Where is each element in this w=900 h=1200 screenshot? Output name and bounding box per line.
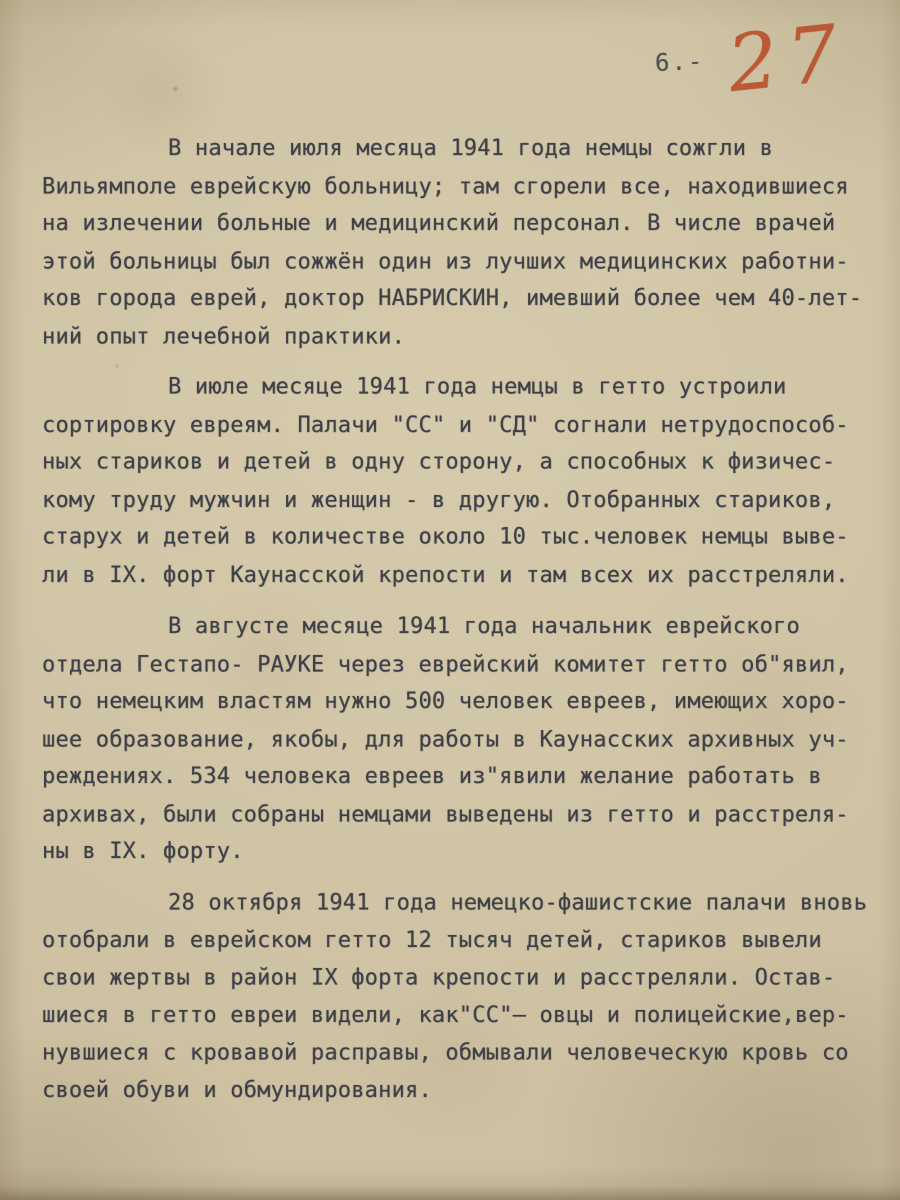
text-line: архивах, были собраны немцами выведены и…	[42, 796, 887, 834]
paragraph-2: В июле месяце 1941 года немцы в гетто ус…	[42, 369, 887, 594]
text-line: отдела Гестапо- РАУКЕ через еврейский ко…	[42, 646, 887, 684]
typed-page-number: 6.-	[655, 47, 705, 77]
paragraph-4: 28 октября 1941 года немецко-фашистские …	[42, 885, 887, 1110]
document-body: В начале июля месяца 1941 года немцы сож…	[42, 130, 887, 1124]
text-line: ний опыт лечебной практики.	[42, 318, 887, 356]
text-line: В августе месяце 1941 года начальник евр…	[42, 608, 887, 646]
text-line: своей обуви и обмундирования.	[42, 1072, 887, 1110]
text-line: этой больницы был сожжён один из лучших …	[42, 243, 887, 281]
text-line: что немецким властям нужно 500 человек е…	[42, 683, 887, 721]
text-line: старух и детей в количестве около 10 тыс…	[42, 519, 887, 557]
paragraph-3: В августе месяце 1941 года начальник евр…	[42, 608, 887, 871]
text-line: нувшиеся с кровавой расправы, обмывали ч…	[42, 1034, 887, 1072]
text-line: ков города еврей, доктор НАБРИСКИН, имев…	[42, 280, 887, 318]
text-line: Вильямполе еврейскую больницу; там сгоре…	[42, 168, 887, 206]
text-line: В начале июля месяца 1941 года немцы сож…	[42, 130, 887, 168]
text-line: реждениях. 534 человека евреев из"явили …	[42, 758, 887, 796]
paragraph-1: В начале июля месяца 1941 года немцы сож…	[42, 130, 887, 355]
text-line: шиеся в гетто евреи видели, как"СС"— овц…	[42, 997, 887, 1035]
text-line: ли в IX. форт Каунасской крепости и там …	[42, 557, 887, 595]
text-line: ных стариков и детей в одну сторону, а с…	[42, 444, 887, 482]
text-line: отобрали в еврейском гетто 12 тысяч дете…	[42, 922, 887, 960]
text-line: ны в IX. форту.	[42, 833, 887, 871]
text-line: 28 октября 1941 года немецко-фашистские …	[42, 884, 887, 922]
handwritten-page-number: 27	[724, 8, 852, 110]
text-line: сортировку евреям. Палачи "СС" и "СД" со…	[42, 407, 887, 445]
text-line: шее образование, якобы, для работы в Кау…	[42, 721, 887, 759]
text-line: В июле месяце 1941 года немцы в гетто ус…	[42, 369, 887, 407]
text-line: свои жертвы в район IX форта крепости и …	[42, 959, 887, 997]
text-line: кому труду мужчин и женщин - в другую. О…	[42, 482, 887, 520]
document-page: 6.- 27 В начале июля месяца 1941 года не…	[0, 0, 900, 1200]
text-line: на излечении больные и медицинский персо…	[42, 205, 887, 243]
